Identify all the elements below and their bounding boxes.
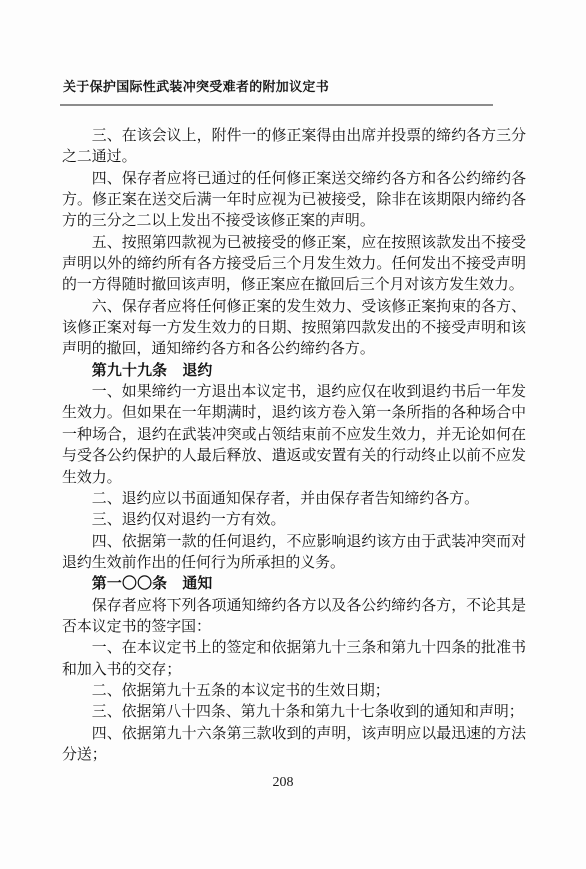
paragraph: 一、在本议定书上的签定和依据第九十三条和第九十四条的批准书和加入书的交存； — [62, 638, 526, 681]
paragraph: 一、如果缔约一方退出本议定书，退约应仅在收到退约书后一年发生效力。但如果在一年期… — [62, 382, 526, 489]
paragraph: 四、保存者应将已通过的任何修正案送交缔约各方和各公约缔约各方。修正案在送交后满一… — [62, 169, 526, 233]
paragraph: 三、退约仅对退约一方有效。 — [62, 510, 526, 531]
paragraph: 六、保存者应将任何修正案的发生效力、受该修正案拘束的各方、该修正案对每一方发生效… — [62, 297, 526, 361]
paragraph: 二、依据第九十五条的本议定书的生效日期； — [62, 681, 526, 702]
paragraph: 四、依据第九十六条第三款收到的声明，该声明应以最迅速的方法分送； — [62, 724, 526, 767]
paragraph: 四、依据第一款的任何退约，不应影响退约该方由于武装冲突而对退约生效前作出的任何行… — [62, 532, 526, 575]
paragraph: 三、在该会议上，附件一的修正案得由出席并投票的缔约各方三分之二通过。 — [62, 126, 526, 169]
running-header: 关于保护国际性武装冲突受难者的附加议定书 — [63, 79, 329, 94]
header-rule — [60, 104, 493, 106]
article-heading-100: 第一〇〇条 通知 — [62, 574, 526, 595]
paragraph: 二、退约应以书面通知保存者，并由保存者告知缔约各方。 — [62, 489, 526, 510]
page-number: 208 — [0, 775, 566, 791]
paragraph: 三、依据第八十四条、第九十条和第九十七条收到的通知和声明； — [62, 702, 526, 723]
article-heading-99: 第九十九条 退约 — [62, 361, 526, 382]
document-page: 关于保护国际性武装冲突受难者的附加议定书 三、在该会议上，附件一的修正案得由出席… — [0, 0, 586, 869]
paragraph: 保存者应将下列各项通知缔约各方以及各公约缔约各方，不论其是否本议定书的签字国： — [62, 596, 526, 639]
body-text-block: 三、在该会议上，附件一的修正案得由出席并投票的缔约各方三分之二通过。 四、保存者… — [62, 126, 526, 766]
paragraph: 五、按照第四款视为已被接受的修正案，应在按照该款发出不接受声明以外的缔约所有各方… — [62, 233, 526, 297]
